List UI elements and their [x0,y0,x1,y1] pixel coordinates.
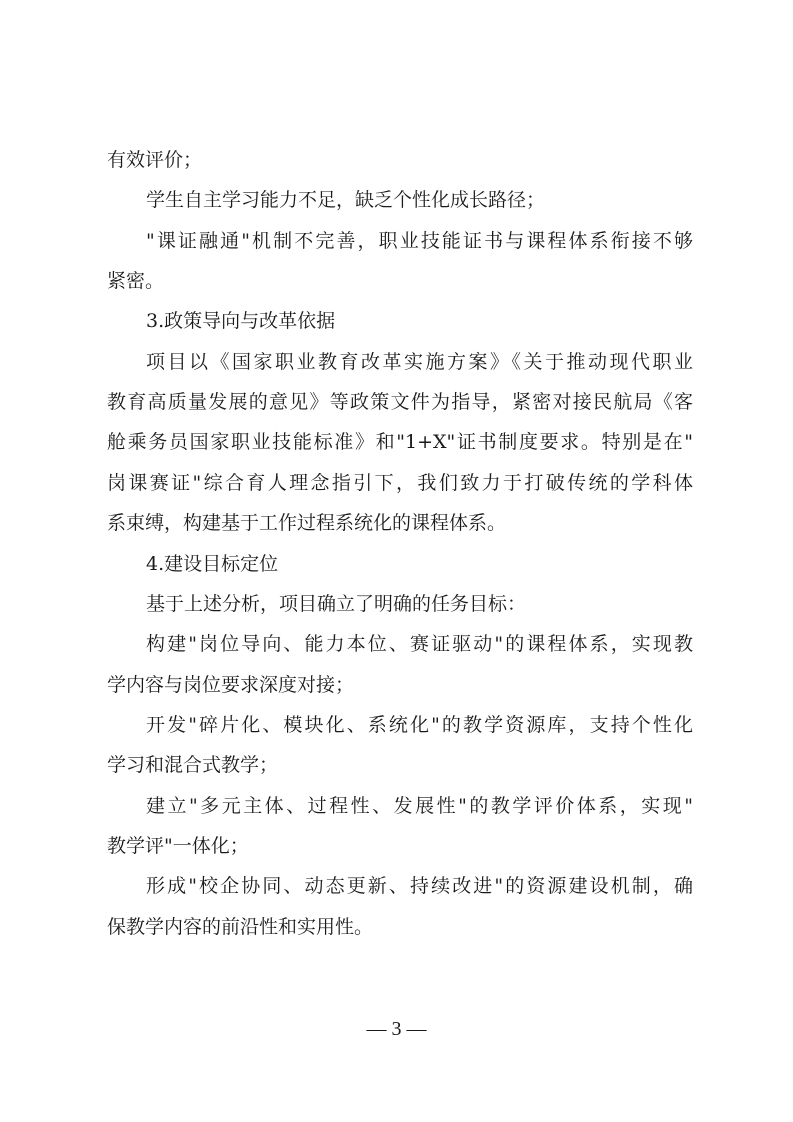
text-line: "课证融通"机制不完善，职业技能证书与课程体系衔接不够 [146,226,693,256]
text-line: 学内容与岗位要求深度对接； [107,670,693,700]
text-line: 教学评"一体化； [107,831,693,861]
text-line: 紧密。 [107,266,693,296]
text-line: 有效评价； [107,145,693,175]
text-line: 项目以《国家职业教育改革实施方案》《关于推动现代职业 [146,347,693,377]
page-number: — 3 — [0,1018,793,1041]
text-line: 开发"碎片化、模块化、系统化"的教学资源库，支持个性化 [146,710,693,740]
text-line: 舱乘务员国家职业技能标准》和"1+X"证书制度要求。特别是在" [107,427,693,457]
text-line: 基于上述分析，项目确立了明确的任务目标： [146,589,693,619]
text-line: 形成"校企协同、动态更新、持续改进"的资源建设机制，确 [146,871,693,901]
text-line: 学生自主学习能力不足，缺乏个性化成长路径； [146,185,693,215]
text-line: 建立"多元主体、过程性、发展性"的教学评价体系，实现" [146,791,693,821]
section-heading: 4.建设目标定位 [146,549,693,579]
text-line: 岗课赛证"综合育人理念指引下，我们致力于打破传统的学科体 [107,468,693,498]
text-line: 系束缚，构建基于工作过程系统化的课程体系。 [107,508,693,538]
text-line: 学习和混合式教学； [107,750,693,780]
document-page: 有效评价； 学生自主学习能力不足，缺乏个性化成长路径； "课证融通"机制不完善，… [0,0,793,1122]
text-line: 保教学内容的前沿性和实用性。 [107,912,693,942]
text-line: 构建"岗位导向、能力本位、赛证驱动"的课程体系，实现教 [146,629,693,659]
text-line: 教育高质量发展的意见》等政策文件为指导，紧密对接民航局《客 [107,387,693,417]
section-heading: 3.政策导向与改革依据 [146,306,693,336]
